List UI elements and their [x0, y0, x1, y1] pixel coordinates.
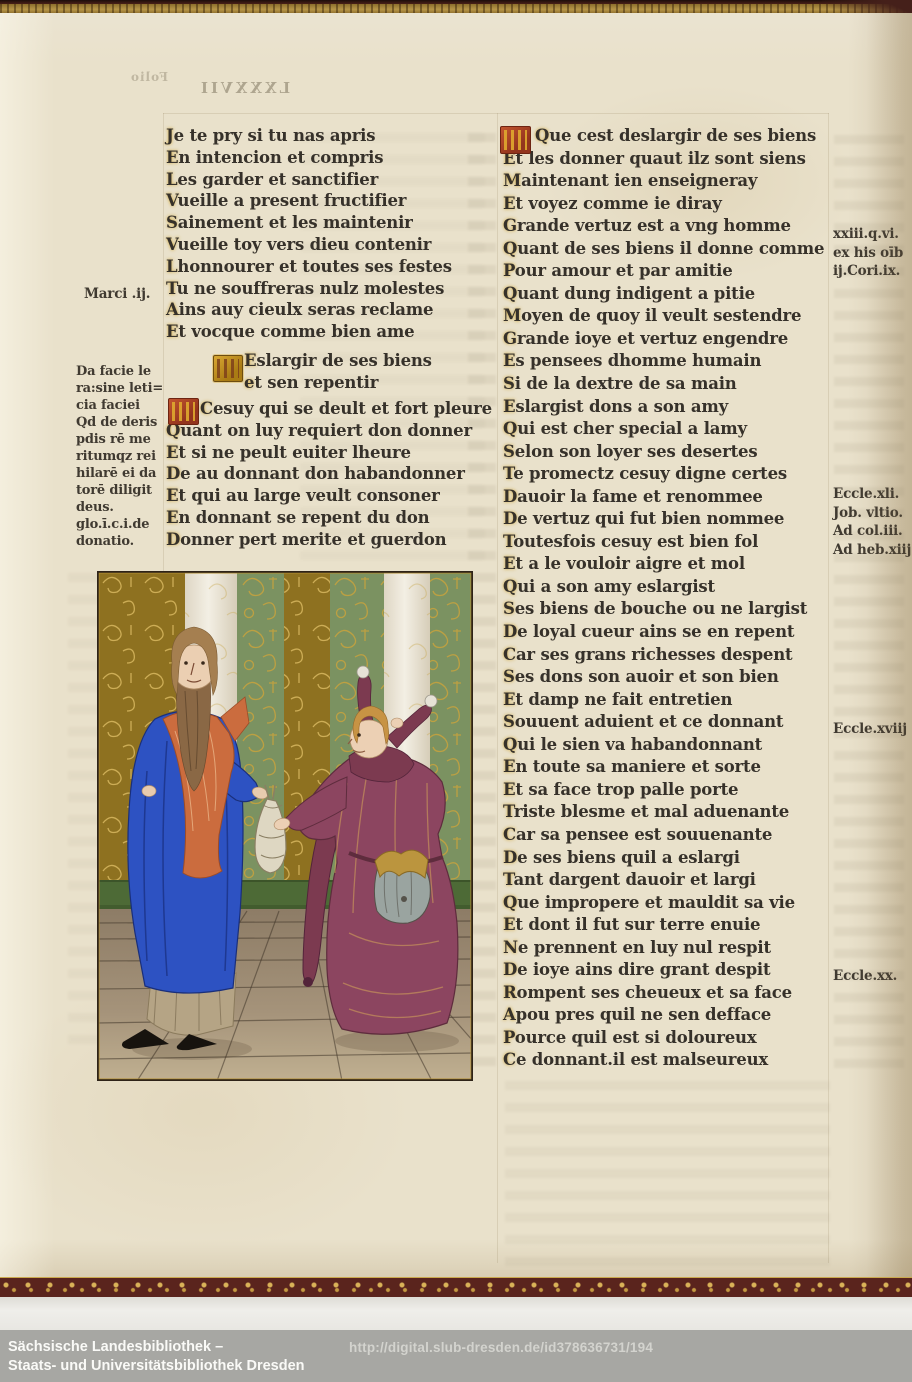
margin-ref-group-2: Eccle.xli.Job. vltio.Ad col.iii.Ad heb.x… — [833, 485, 911, 559]
margin-ref-group-3: Eccle.xviij — [833, 720, 907, 739]
margin-reference: Eccle.xviij — [833, 720, 907, 739]
verse-line: Car sa pensee est souuenante — [503, 824, 843, 847]
illuminated-paragraph-mark-icon — [168, 398, 199, 425]
left-stanza-1: Je te pry si tu nas aprisEn intencion et… — [166, 125, 496, 343]
margin-reference: Ad heb.xiij — [833, 541, 911, 560]
library-name-line1: Sächsische Landesbibliothek – — [8, 1338, 305, 1357]
showthrough-folio-text: Folio — [130, 70, 168, 84]
gloss-line: cia faciei — [76, 397, 168, 414]
verse-line: Que cest deslargir de ses biens — [503, 125, 843, 148]
gloss-line: ritumqz rei — [76, 448, 168, 465]
ruling-line — [497, 113, 498, 1263]
gloss-line: deus. — [76, 499, 168, 516]
gloss-line: Da facie le — [76, 363, 168, 380]
digital-object-url: http://digital.slub-dresden.de/id3786367… — [349, 1340, 653, 1355]
margin-citation-marci: Marci .ij. — [84, 285, 150, 304]
verse-line: Eslargist dons a son amy — [503, 396, 843, 419]
gloss-line: glo.ī.c.i.de — [76, 516, 168, 533]
margin-reference: Job. vltio. — [833, 504, 911, 523]
verse-line: De vertuz qui fut bien nommee — [503, 508, 843, 531]
verse-line: Ses dons son auoir et son bien — [503, 666, 843, 689]
gilt-binding-edge-bottom — [0, 1277, 912, 1298]
verse-line: Triste blesme et mal aduenante — [503, 801, 843, 824]
verse-line: De ioye ains dire grant despit — [503, 959, 843, 982]
margin-reference: Ad col.iii. — [833, 522, 911, 541]
verse-line: Qui est cher special a lamy — [503, 418, 843, 441]
verse-line: Cesuy qui se deult et fort pleure — [166, 398, 496, 420]
margin-ref-group-1: xxiii.q.vi.ex his oībij.Cori.ix. — [833, 225, 903, 281]
verse-line: Tu ne souffreras nulz molestes — [166, 278, 496, 300]
showthrough-column — [505, 1081, 830, 1266]
verse-line: Souuent aduient et ce donnant — [503, 711, 843, 734]
verse-line: Que impropere et mauldit sa vie — [503, 892, 843, 915]
verse-line: Maintenant ien enseigneray — [503, 170, 843, 193]
margin-reference: ex his oīb — [833, 244, 903, 263]
gloss-line: torē diligit — [76, 482, 168, 499]
verse-line: Et qui au large veult consoner — [166, 485, 496, 507]
margin-reference: xxiii.q.vi. — [833, 225, 903, 244]
verse-line: Vueille a present fructifier — [166, 190, 496, 212]
verse-line: Ce donnant.il est malseureux — [503, 1049, 843, 1072]
verse-line: Moyen de quoy il veult sestendre — [503, 305, 843, 328]
illuminated-paragraph-mark-icon — [213, 355, 243, 382]
footer-bar: Sächsische Landesbibliothek – Staats- un… — [0, 1330, 912, 1382]
ruling-line — [163, 113, 829, 114]
verse-line: Toutesfois cesuy est bien fol — [503, 531, 843, 554]
illuminated-paragraph-mark-icon — [500, 126, 531, 154]
verse-line: Grande ioye et vertuz engendre — [503, 328, 843, 351]
verse-line: Donner pert merite et guerdon — [166, 529, 496, 551]
verse-line: Selon son loyer ses desertes — [503, 441, 843, 464]
verse-line: Et dont il fut sur terre enuie — [503, 914, 843, 937]
verse-line: De ses biens quil a eslargi — [503, 847, 843, 870]
verse-line: Ne prennent en luy nul respit — [503, 937, 843, 960]
verse-line: Pour amour et par amitie — [503, 260, 843, 283]
verse-line: Et vocque comme bien ame — [166, 321, 496, 343]
verse-line: Quant de ses biens il donne comme — [503, 238, 843, 261]
verse-line: De loyal cueur ains se en repent — [503, 621, 843, 644]
manuscript-page: Folio LXXXVII Marci .ij. Da facie lera:s… — [0, 13, 912, 1277]
verse-line: De au donnant don habandonner — [166, 463, 496, 485]
miniature-illustration — [97, 571, 473, 1081]
verse-line: Apou pres quil ne sen defface — [503, 1004, 843, 1027]
verse-line: Je te pry si tu nas apris — [166, 125, 496, 147]
margin-reference: ij.Cori.ix. — [833, 262, 903, 281]
verse-line: Tant dargent dauoir et largi — [503, 869, 843, 892]
verse-line: Rompent ses cheueux et sa face — [503, 982, 843, 1005]
verse-line: Sainement et les maintenir — [166, 212, 496, 234]
left-stanza-2: Cesuy qui se deult et fort pleureQuant o… — [166, 398, 496, 551]
digitized-manuscript-viewer: { "showthrough": { "folio": "Folio", "pa… — [0, 0, 912, 1382]
gloss-line: ra:sine leti= — [76, 380, 168, 397]
verse-line: Et sa face trop palle porte — [503, 779, 843, 802]
heading-line: et sen repentir — [244, 372, 496, 394]
verse-line: En intencion et compris — [166, 147, 496, 169]
gloss-line: pdis rē me — [76, 431, 168, 448]
verse-line: Les garder et sanctifier — [166, 169, 496, 191]
verse-line: Ses biens de bouche ou ne largist — [503, 598, 843, 621]
verse-line: Pource quil est si doloureux — [503, 1027, 843, 1050]
verse-line: Et les donner quaut ilz sont siens — [503, 148, 843, 171]
verse-line: Quant on luy requiert don donner — [166, 420, 496, 442]
verse-line: Et voyez comme ie diray — [503, 193, 843, 216]
heading-line: Eslargir de ses biens — [244, 350, 496, 372]
verse-line: Lhonnourer et toutes ses festes — [166, 256, 496, 278]
verse-line: Dauoir la fame et renommee — [503, 486, 843, 509]
verse-line: Qui le sien va habandonnant — [503, 734, 843, 757]
margin-gloss-latin: Da facie lera:sine leti=cia facieiQd de … — [76, 363, 168, 550]
verse-line: Es pensees dhomme humain — [503, 350, 843, 373]
verse-line: Te promectz cesuy digne certes — [503, 463, 843, 486]
verse-line: Et a le vouloir aigre et mol — [503, 553, 843, 576]
verse-line: Ains auy cieulx seras reclame — [166, 299, 496, 321]
verse-line: Et si ne peult euiter lheure — [166, 442, 496, 464]
gloss-line: donatio. — [76, 533, 168, 550]
verse-line: Et damp ne fait entretien — [503, 689, 843, 712]
verse-line: Car ses grans richesses despent — [503, 644, 843, 667]
gloss-line: Qd de deris — [76, 414, 168, 431]
left-text-column: Je te pry si tu nas aprisEn intencion et… — [166, 125, 496, 551]
library-name-line2: Staats- und Universitätsbibliothek Dresd… — [8, 1357, 305, 1376]
verse-line: Si de la dextre de sa main — [503, 373, 843, 396]
scanner-background — [0, 1297, 912, 1330]
verse-line: En toute sa maniere et sorte — [503, 756, 843, 779]
verse-line: Vueille toy vers dieu contenir — [166, 234, 496, 256]
verse-line: Qui a son amy eslargist — [503, 576, 843, 599]
verse-line: Quant dung indigent a pitie — [503, 283, 843, 306]
verse-line: Grande vertuz est a vng homme — [503, 215, 843, 238]
gloss-line: hilarē ei da — [76, 465, 168, 482]
margin-reference: Eccle.xli. — [833, 485, 911, 504]
showthrough-page-number: LXXXVII — [198, 79, 290, 97]
library-attribution: Sächsische Landesbibliothek – Staats- un… — [8, 1338, 305, 1376]
verse-line: En donnant se repent du don — [166, 507, 496, 529]
right-text-column: Que cest deslargir de ses biensEt les do… — [503, 125, 843, 1072]
